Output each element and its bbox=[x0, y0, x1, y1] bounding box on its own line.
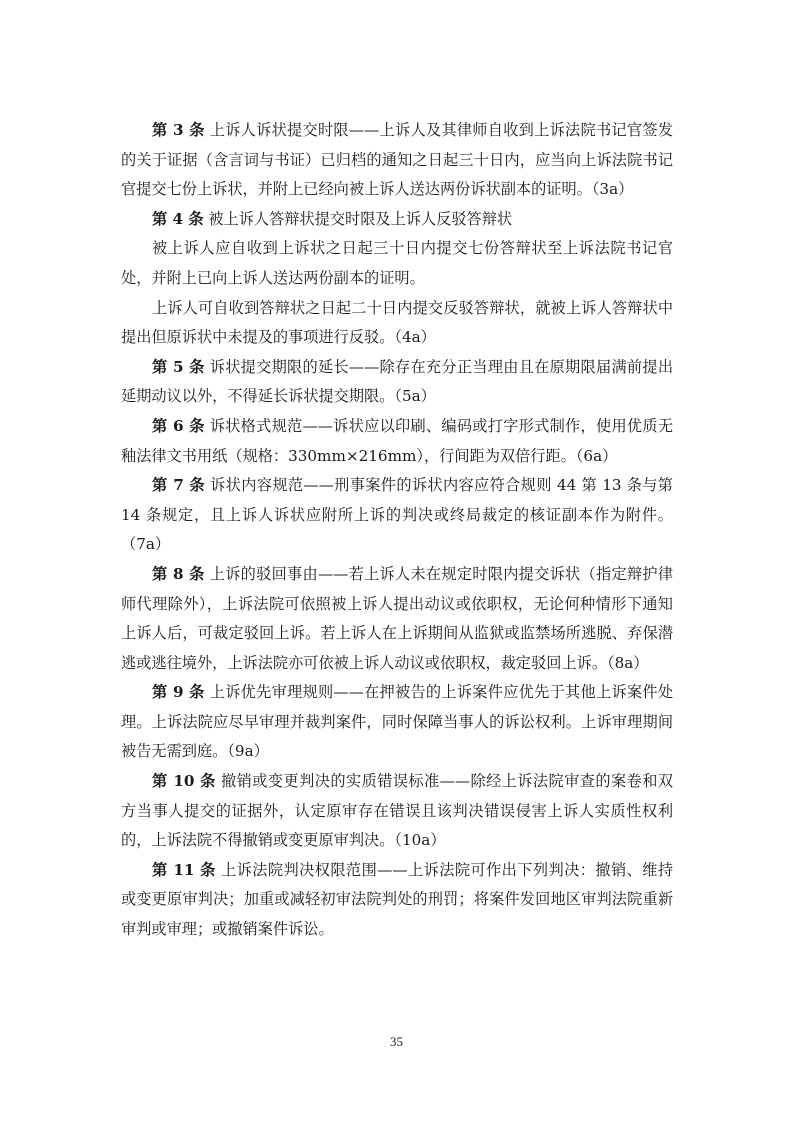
article-7: 第 7 条 诉状内容规范——刑事案件的诉状内容应符合规则 44 第 13 条与第… bbox=[121, 471, 673, 560]
article-10: 第 10 条 撤销或变更判决的实质错误标准——除经上诉法院审查的案卷和双方当事人… bbox=[121, 767, 673, 856]
article-number: 第 10 条 bbox=[152, 772, 216, 790]
article-4-paragraph-2: 上诉人可自收到答辩状之日起二十日内提交反驳答辩状，就被上诉人答辩状中提出但原诉状… bbox=[121, 294, 673, 353]
article-4-paragraph-1: 被上诉人应自收到上诉状之日起三十日内提交七份答辩状至上诉法院书记官处，并附上已向… bbox=[121, 234, 673, 293]
article-8: 第 8 条 上诉的驳回事由——若上诉人未在规定时限内提交诉状（指定辩护律师代理除… bbox=[121, 560, 673, 678]
article-11: 第 11 条 上诉法院判决权限范围——上诉法院可作出下列判决：撤销、维持或变更原… bbox=[121, 856, 673, 945]
page-number: 35 bbox=[0, 1034, 793, 1050]
article-6: 第 6 条 诉状格式规范——诉状应以印刷、编码或打字形式制作，使用优质无釉法律文… bbox=[121, 412, 673, 471]
article-number: 第 4 条 bbox=[152, 210, 204, 228]
article-3: 第 3 条 上诉人诉状提交时限——上诉人及其律师自收到上诉法院书记官签发的关于证… bbox=[121, 116, 673, 205]
article-4: 第 4 条 被上诉人答辩状提交时限及上诉人反驳答辩状 bbox=[121, 205, 673, 235]
article-5: 第 5 条 诉状提交期限的延长——除存在充分正当理由且在原期限届满前提出延期动议… bbox=[121, 353, 673, 412]
article-number: 第 9 条 bbox=[152, 683, 205, 701]
article-number: 第 5 条 bbox=[152, 358, 205, 376]
article-number: 第 3 条 bbox=[152, 121, 205, 139]
document-body: 第 3 条 上诉人诉状提交时限——上诉人及其律师自收到上诉法院书记官签发的关于证… bbox=[121, 116, 673, 945]
article-number: 第 8 条 bbox=[152, 565, 205, 583]
article-title: 被上诉人答辩状提交时限及上诉人反驳答辩状 bbox=[208, 210, 512, 228]
article-9: 第 9 条 上诉优先审理规则——在押被告的上诉案件应优先于其他上诉案件处理。上诉… bbox=[121, 678, 673, 767]
article-number: 第 7 条 bbox=[152, 476, 205, 494]
article-number: 第 11 条 bbox=[152, 861, 216, 879]
article-number: 第 6 条 bbox=[152, 417, 205, 435]
